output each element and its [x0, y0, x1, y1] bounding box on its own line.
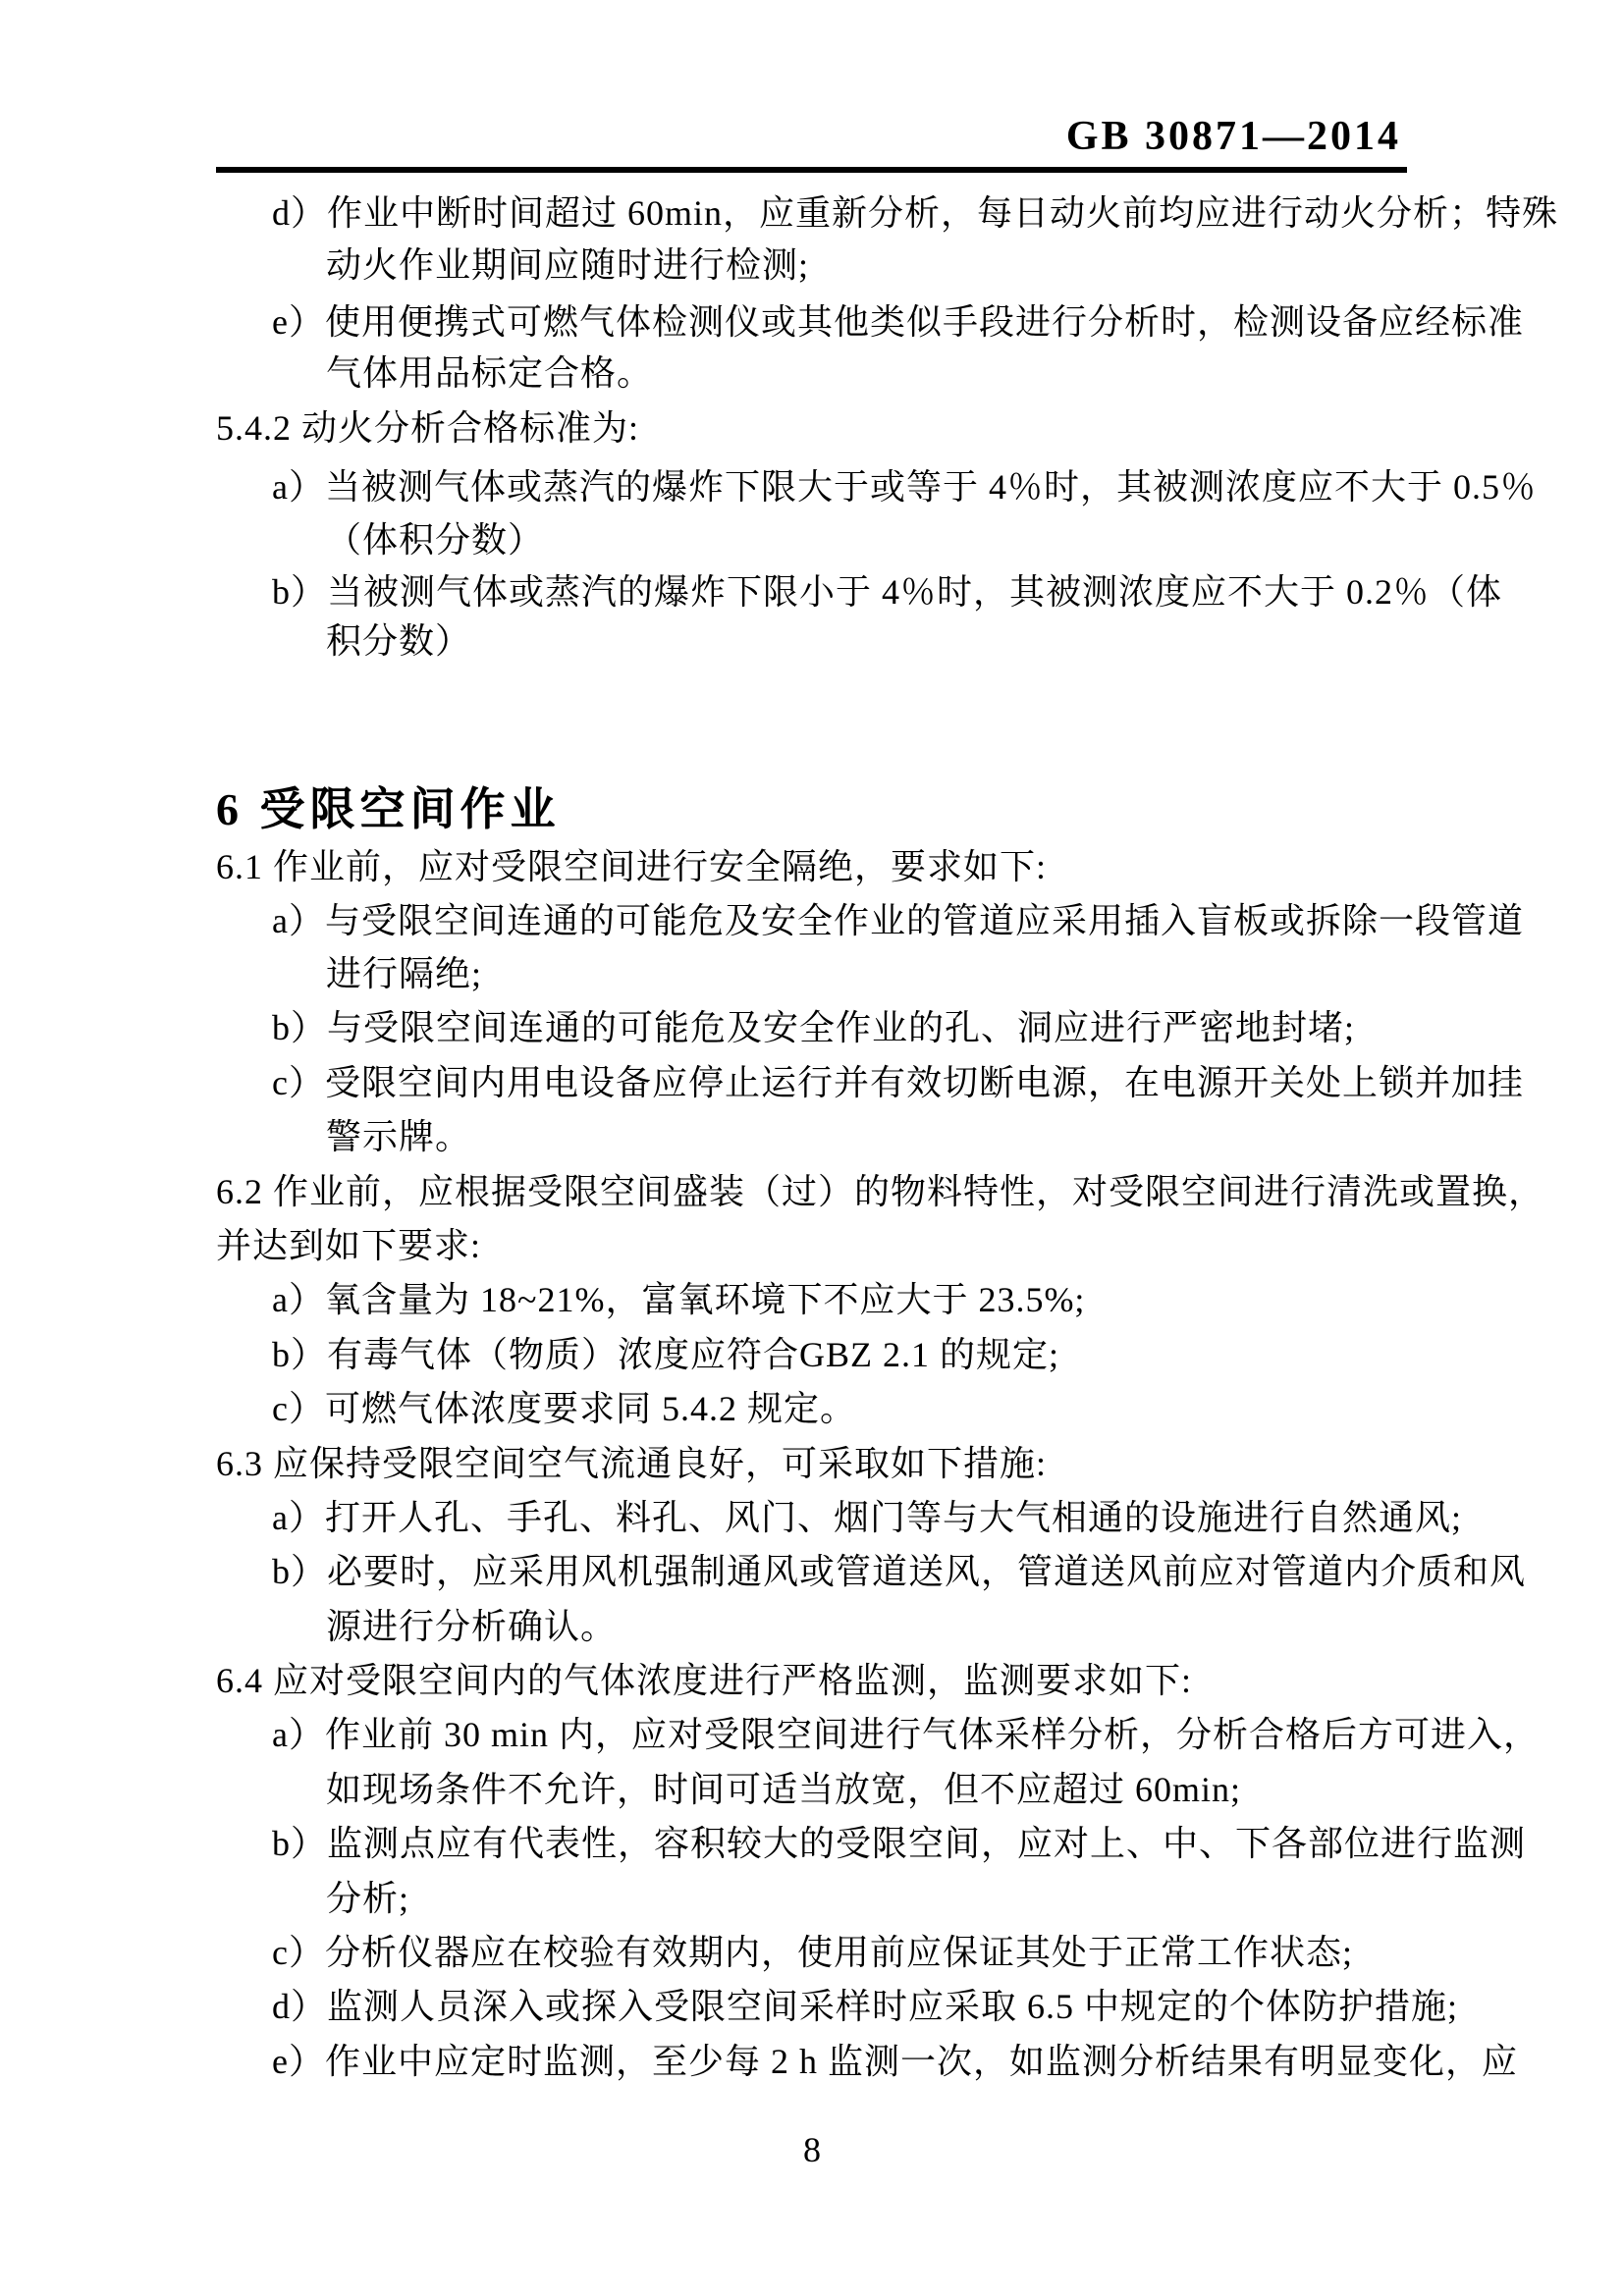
text-line: a）当被测气体或蒸汽的爆炸下限大于或等于 4％时，其被测浓度应不大于 0.5％: [272, 460, 1407, 514]
document-page: GB 30871—2014 d）作业中断时间超过 60min，应重新分析，每日动…: [0, 0, 1624, 2296]
text-line: a）与受限空间连通的可能危及安全作业的管道应采用插入盲板或拆除一段管道: [272, 894, 1407, 948]
text-line: 警示牌。: [326, 1110, 471, 1164]
text-line: a）作业前 30 min 内，应对受限空间进行气体采样分析，分析合格后方可进入，: [272, 1708, 1407, 1762]
clause-number-line: 6.1 作业前，应对受限空间进行安全隔绝，要求如下:: [216, 840, 1047, 894]
section-heading: 6 受限空间作业: [216, 781, 561, 838]
page-number: 8: [0, 2126, 1624, 2173]
text-line: 动火作业期间应随时进行检测;: [326, 239, 809, 293]
text-line: 并达到如下要求:: [216, 1219, 481, 1273]
text-line: 气体用品标定合格。: [326, 347, 653, 400]
text-line: b）与受限空间连通的可能危及安全作业的孔、洞应进行严密地封堵;: [272, 1001, 1355, 1055]
clause-number-line: 6.3 应保持受限空间空气流通良好，可采取如下措施:: [216, 1437, 1047, 1491]
text-line: （体积分数）: [326, 513, 544, 567]
text-line: c）受限空间内用电设备应停止运行并有效切断电源，在电源开关处上锁并加挂: [272, 1056, 1407, 1110]
text-line: 积分数）: [326, 614, 471, 668]
text-line: e）使用便携式可燃气体检测仪或其他类似手段进行分析时，检测设备应经标准: [272, 295, 1407, 349]
text-line: e）作业中应定时监测，至少每 2 h 监测一次，如监测分析结果有明显变化，应: [272, 2035, 1407, 2089]
text-line: a）氧含量为 18~21%，富氧环境下不应大于 23.5%;: [272, 1273, 1085, 1327]
clause-number-line: 6.2 作业前，应根据受限空间盛装（过）的物料特性，对受限空间进行清洗或置换，: [216, 1165, 1407, 1219]
clause-number-line: 6.4 应对受限空间内的气体浓度进行严格监测，监测要求如下:: [216, 1654, 1192, 1708]
text-line: 进行隔绝;: [326, 947, 482, 1001]
text-line: a）打开人孔、手孔、料孔、风门、烟门等与大气相通的设施进行自然通风;: [272, 1491, 1462, 1545]
text-line: b）当被测气体或蒸汽的爆炸下限小于 4％时，其被测浓度应不大于 0.2％（体: [272, 565, 1407, 619]
text-line: b）有毒气体（物质）浓度应符合GBZ 2.1 的规定;: [272, 1328, 1059, 1382]
clause-number-line: 5.4.2 动火分析合格标准为:: [216, 401, 639, 455]
text-line: d）作业中断时间超过 60min，应重新分析，每日动火前均应进行动火分析；特殊: [272, 187, 1407, 240]
text-line: b）监测点应有代表性，容积较大的受限空间，应对上、中、下各部位进行监测: [272, 1817, 1407, 1871]
text-line: 分析;: [326, 1872, 409, 1926]
text-line: b）必要时，应采用风机强制通风或管道送风，管道送风前应对管道内介质和风: [272, 1545, 1407, 1599]
text-line: 如现场条件不允许，时间可适当放宽，但不应超过 60min;: [326, 1763, 1241, 1817]
text-line: c）分析仪器应在校验有效期内，使用前应保证其处于正常工作状态;: [272, 1926, 1353, 1980]
text-line: c）可燃气体浓度要求同 5.4.2 规定。: [272, 1382, 856, 1436]
text-line: d）监测人员深入或探入受限空间采样时应采取 6.5 中规定的个体防护措施;: [272, 1980, 1458, 2034]
header-rule: [216, 167, 1407, 173]
text-line: 源进行分析确认。: [326, 1600, 617, 1654]
standard-number: GB 30871—2014: [1066, 116, 1401, 157]
